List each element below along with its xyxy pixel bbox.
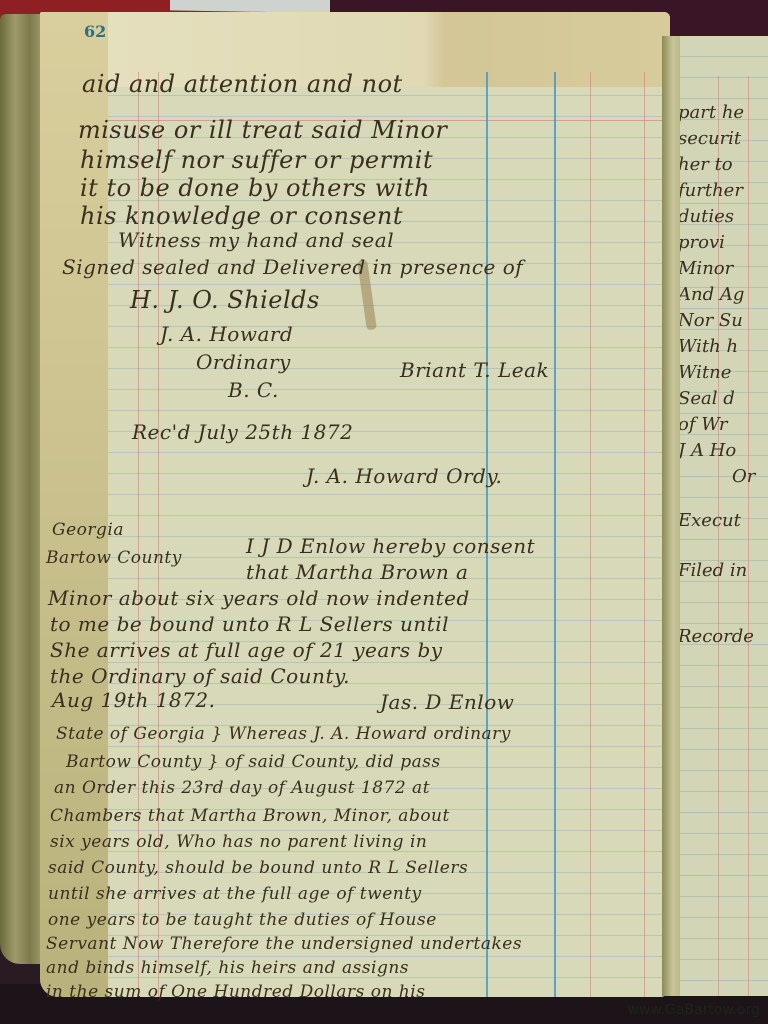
right-fragment: Minor xyxy=(678,258,733,279)
right-fragment: Nor Su xyxy=(678,310,743,331)
right-fragment: provi xyxy=(678,232,725,253)
consent-signature: Jas. D Enlow xyxy=(380,690,514,714)
consent-county: Bartow County xyxy=(46,548,182,568)
column-blue-rule xyxy=(554,72,556,997)
order-line: and binds himself, his heirs and assigns xyxy=(46,958,409,978)
order-line: six years old, Who has no parent living … xyxy=(50,832,427,852)
right-fragment: Witne xyxy=(678,362,731,383)
consent-line: Minor about six years old now indented xyxy=(48,586,470,610)
order-line: until she arrives at the full age of twe… xyxy=(48,884,422,904)
right-fragment: With h xyxy=(678,336,738,357)
right-fragment: J A Ho xyxy=(678,440,736,461)
site-watermark: www.GaBartow.org xyxy=(627,1002,760,1018)
right-fragment: duties xyxy=(678,206,734,227)
handwritten-line: himself nor suffer or permit xyxy=(80,146,433,174)
right-fragment: Filed in xyxy=(678,560,747,581)
right-fragment: Execut xyxy=(678,510,741,531)
recorded-date: Rec'd July 25th 1872 xyxy=(132,420,353,444)
right-fragment: Or xyxy=(732,466,755,487)
consent-line: to me be bound unto R L Sellers until xyxy=(50,612,449,636)
page-number: 62 xyxy=(84,22,106,41)
book-gutter xyxy=(662,36,680,996)
order-line: said County, should be bound unto R L Se… xyxy=(48,858,468,878)
handwritten-line: aid and attention and not xyxy=(82,70,403,98)
column-red-rule xyxy=(644,72,645,997)
order-line: one years to be taught the duties of Hou… xyxy=(48,910,437,930)
right-fragment: of Wr xyxy=(678,414,728,435)
order-line: Servant Now Therefore the undersigned un… xyxy=(46,934,522,954)
consent-line: She arrives at full age of 21 years by xyxy=(50,638,443,662)
right-fragment: further xyxy=(678,180,743,201)
witness-signature-howard: J. A. Howard xyxy=(160,322,293,346)
order-line: Bartow County } of said County, did pass xyxy=(66,752,441,772)
order-line: State of Georgia } Whereas J. A. Howard … xyxy=(56,724,511,744)
handwritten-line: misuse or ill treat said Minor xyxy=(78,116,447,144)
right-fragment: her to xyxy=(678,154,733,175)
column-red-rule xyxy=(590,72,591,997)
right-fragment: Seal d xyxy=(678,388,735,409)
order-line: in the sum of One Hundred Dollars on his xyxy=(46,982,425,1002)
consent-line: that Martha Brown a xyxy=(246,560,468,584)
consent-date: Aug 19th 1872. xyxy=(52,688,215,712)
right-fragment: And Ag xyxy=(678,284,744,305)
witness-line: Witness my hand and seal xyxy=(118,228,394,252)
order-line: an Order this 23rd day of August 1872 at xyxy=(54,778,430,798)
right-red-rule xyxy=(748,76,749,996)
ordinary-title: Ordinary xyxy=(196,350,291,374)
principal-signature: Briant T. Leak xyxy=(400,358,549,382)
signed-sealed-line: Signed sealed and Delivered in presence … xyxy=(62,255,523,279)
order-line: Chambers that Martha Brown, Minor, about xyxy=(50,806,450,826)
county-initials: B. C. xyxy=(228,378,279,402)
consent-state: Georgia xyxy=(52,520,124,540)
consent-line: I J D Enlow hereby consent xyxy=(246,534,535,558)
witness-signature-shields: H. J. O. Shields xyxy=(130,286,320,314)
handwritten-line: it to be done by others with xyxy=(80,174,430,202)
consent-line: the Ordinary of said County. xyxy=(50,664,350,688)
right-fragment: securit xyxy=(678,128,741,149)
recorded-by: J. A. Howard Ordy. xyxy=(306,464,502,488)
right-fragment: Recorde xyxy=(678,626,754,647)
right-fragment: part he xyxy=(678,102,744,123)
handwritten-line: his knowledge or consent xyxy=(80,202,403,230)
